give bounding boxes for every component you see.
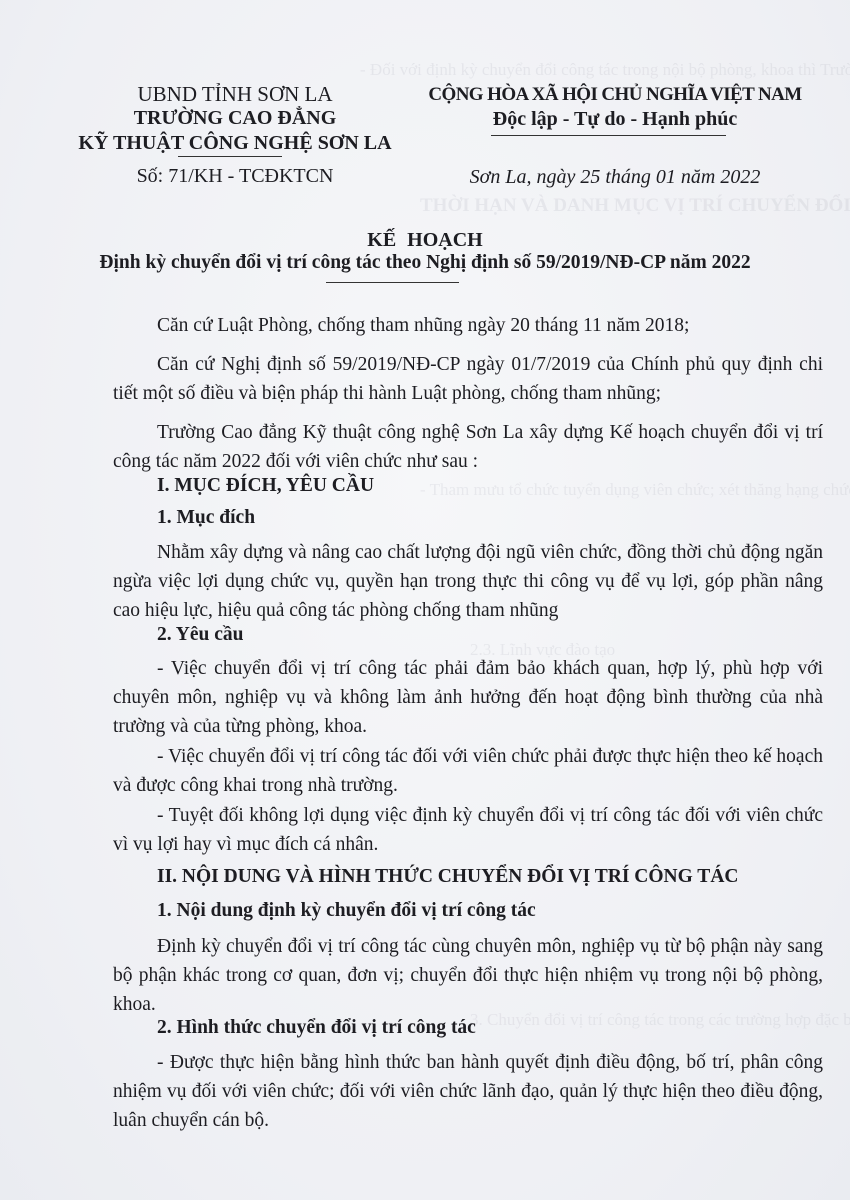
requirement-item-3: - Tuyệt đối không lợi dụng việc định kỳ …: [113, 801, 823, 859]
document-subject: Định kỳ chuyển đổi vị trí công tác theo …: [0, 252, 850, 274]
section-1-2-heading: 2. Yêu cầu: [157, 624, 243, 646]
issuing-authority: UBND TỈNH SƠN LA: [60, 82, 410, 107]
header-left-underline: [178, 156, 282, 157]
school-name-line2: KỸ THUẬT CÔNG NGHỆ SƠN LA: [60, 132, 410, 155]
requirement-item-2: - Việc chuyển đổi vị trí công tác đối vớ…: [113, 742, 823, 800]
document-number: Số: 71/KH - TCĐKTCN: [60, 165, 410, 188]
title-underline: [326, 282, 459, 283]
school-name-line1: TRƯỜNG CAO ĐẲNG: [60, 107, 410, 130]
header-right-underline: [491, 135, 726, 136]
bleed-through-text: - Tham mưu tổ chức tuyển dụng viên chức;…: [420, 480, 850, 500]
section-2-2-heading: 2. Hình thức chuyển đổi vị trí công tác: [157, 1017, 476, 1039]
place-and-date: Sơn La, ngày 25 tháng 01 năm 2022: [415, 166, 815, 189]
requirement-item-1: - Việc chuyển đổi vị trí công tác phải đ…: [113, 654, 823, 741]
document-type-title: KẾ HOẠCH: [0, 229, 850, 252]
section-1-heading: I. MỤC ĐÍCH, YÊU CẦU: [157, 475, 374, 497]
bleed-through-text: - Đối với định kỳ chuyển đổi công tác tr…: [360, 60, 850, 80]
preamble-legal-basis-2: Căn cứ Nghị định số 59/2019/NĐ-CP ngày 0…: [113, 350, 823, 408]
national-title: CỘNG HÒA XÃ HỘI CHỦ NGHĨA VIỆT NAM: [415, 84, 815, 106]
section-1-1-heading: 1. Mục đích: [157, 507, 255, 529]
national-motto: Độc lập - Tự do - Hạnh phúc: [415, 108, 815, 131]
section-1-1-text: Nhằm xây dựng và nâng cao chất lượng đội…: [113, 538, 823, 625]
preamble-statement: Trường Cao đẳng Kỹ thuật công nghệ Sơn L…: [113, 418, 823, 476]
section-2-1-heading: 1. Nội dung định kỳ chuyển đổi vị trí cô…: [157, 900, 536, 922]
section-2-heading: II. NỘI DUNG VÀ HÌNH THỨC CHUYỂN ĐỔI VỊ …: [157, 866, 738, 888]
section-2-2-text: - Được thực hiện bằng hình thức ban hành…: [113, 1048, 823, 1135]
bleed-through-text: THỜI HẠN VÀ DANH MỤC VỊ TRÍ CHUYỂN ĐỔI: [420, 195, 850, 217]
document-page: - Đối với định kỳ chuyển đổi công tác tr…: [0, 0, 850, 1200]
preamble-legal-basis-1: Căn cứ Luật Phòng, chống tham nhũng ngày…: [113, 311, 823, 340]
section-2-1-text: Định kỳ chuyển đổi vị trí công tác cùng …: [113, 932, 823, 1019]
